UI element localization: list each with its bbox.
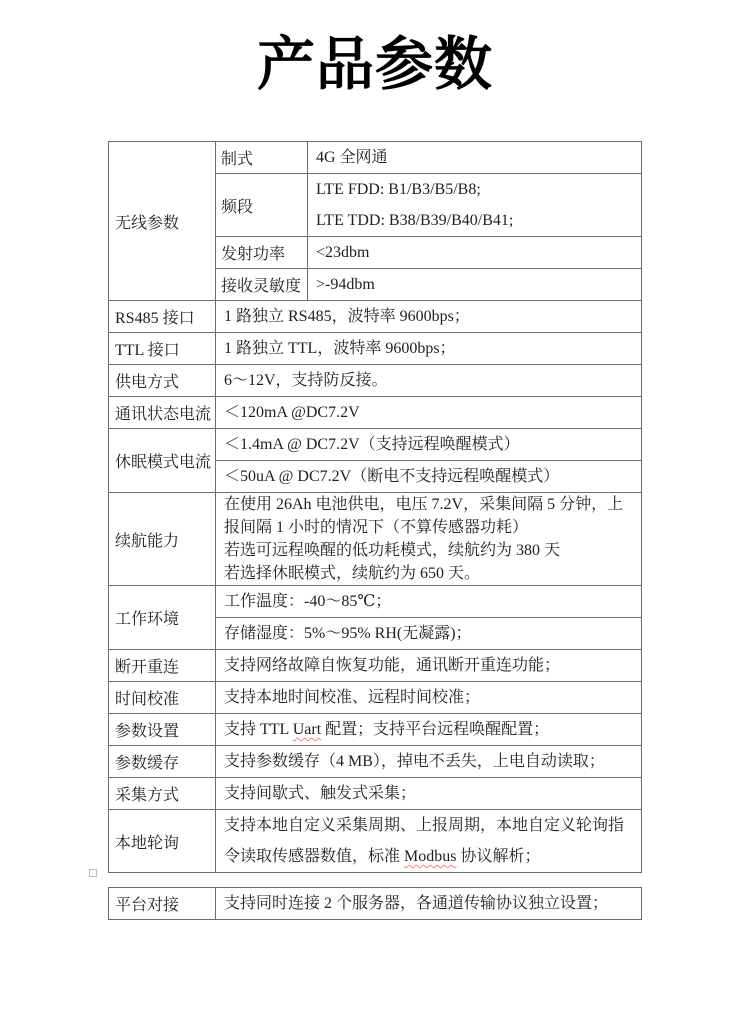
- spec-sublabel: 发射功率: [216, 237, 308, 269]
- spec-label: 工作环境: [109, 586, 216, 650]
- misspelled-word: Modbus: [404, 848, 456, 865]
- spec-text-line: 支持本地时间校准、远程时间校准；: [224, 682, 633, 713]
- table-row: 断开重连支持网络故障自恢复功能，通讯断开重连功能；: [109, 650, 642, 682]
- product-spec-table-body: 无线参数制式4G 全网通频段LTE FDD: B1/B3/B5/B8;LTE T…: [109, 142, 642, 873]
- table-row: 工作环境工作温度：-40～85℃；: [109, 586, 642, 618]
- table-row: 无线参数制式4G 全网通: [109, 142, 642, 174]
- spec-value: <23dbm: [308, 237, 642, 269]
- spec-text-line: ＜120mA @DC7.2V: [224, 397, 633, 428]
- spec-label: 本地轮询: [109, 810, 216, 873]
- table-row: 通讯状态电流＜120mA @DC7.2V: [109, 397, 642, 429]
- spec-text-line: >-94dbm: [316, 269, 633, 300]
- spec-value: 支持 TTL Uart 配置；支持平台远程唤醒配置；: [216, 714, 642, 746]
- platform-table-body: 平台对接支持同时连接 2 个服务器，各通道传输协议独立设置；: [109, 888, 642, 920]
- table-row: 休眠模式电流＜1.4mA @ DC7.2V（支持远程唤醒模式）: [109, 429, 642, 461]
- spec-sublabel: 频段: [216, 174, 308, 237]
- spec-text-line: 支持参数缓存（4 MB），掉电不丢失，上电自动读取；: [224, 746, 633, 777]
- spec-value: 1 路独立 RS485，波特率 9600bps；: [216, 301, 642, 333]
- spec-value: ＜1.4mA @ DC7.2V（支持远程唤醒模式）: [216, 429, 642, 461]
- misspelled-word: Uart: [293, 721, 321, 738]
- spec-label: 断开重连: [109, 650, 216, 682]
- spec-text-line: 存储湿度：5%～95% RH(无凝露)；: [224, 618, 633, 649]
- spec-value: 支持同时连接 2 个服务器，各通道传输协议独立设置；: [216, 888, 642, 920]
- spec-label: 平台对接: [109, 888, 216, 920]
- table-row: 参数设置支持 TTL Uart 配置；支持平台远程唤醒配置；: [109, 714, 642, 746]
- spec-label: 参数缓存: [109, 746, 216, 778]
- spec-value: 4G 全网通: [308, 142, 642, 174]
- spec-value: 6～12V，支持防反接。: [216, 365, 642, 397]
- table-row: 时间校准支持本地时间校准、远程时间校准；: [109, 682, 642, 714]
- spec-text-line: LTE FDD: B1/B3/B5/B8;: [316, 174, 633, 205]
- spec-label: 无线参数: [109, 142, 216, 301]
- table-row: 供电方式6～12V，支持防反接。: [109, 365, 642, 397]
- spec-value: 存储湿度：5%～95% RH(无凝露)；: [216, 618, 642, 650]
- spec-text-line: 支持网络故障自恢复功能，通讯断开重连功能；: [224, 650, 633, 681]
- spec-text-line: ＜50uA @ DC7.2V（断电不支持远程唤醒模式）: [224, 461, 633, 492]
- spec-label: 通讯状态电流: [109, 397, 216, 429]
- spec-text-line: 支持 TTL Uart 配置；支持平台远程唤醒配置；: [224, 714, 633, 745]
- spec-label: 采集方式: [109, 778, 216, 810]
- spec-text-line: 支持本地自定义采集周期、上报周期，本地自定义轮询指令读取传感器数值，标准 Mod…: [224, 810, 633, 872]
- spec-text-line: 在使用 26Ah 电池供电，电压 7.2V，采集间隔 5 分钟，上报间隔 1 小…: [224, 493, 633, 539]
- spec-value: 支持间歇式、触发式采集；: [216, 778, 642, 810]
- spec-text-line: 6～12V，支持防反接。: [224, 365, 633, 396]
- spec-label: 时间校准: [109, 682, 216, 714]
- spec-value: 支持本地时间校准、远程时间校准；: [216, 682, 642, 714]
- spec-text-line: 若选择休眠模式，续航约为 650 天。: [224, 562, 633, 585]
- table-break-marker: [89, 869, 97, 877]
- table-row: TTL 接口1 路独立 TTL，波特率 9600bps；: [109, 333, 642, 365]
- spec-text-line: 支持同时连接 2 个服务器，各通道传输协议独立设置；: [224, 888, 633, 919]
- spec-text-line: LTE TDD: B38/B39/B40/B41;: [316, 205, 633, 236]
- table-row: 平台对接支持同时连接 2 个服务器，各通道传输协议独立设置；: [109, 888, 642, 920]
- table-row: 参数缓存支持参数缓存（4 MB），掉电不丢失，上电自动读取；: [109, 746, 642, 778]
- spec-text-line: 工作温度：-40～85℃；: [224, 586, 633, 617]
- spec-value: 工作温度：-40～85℃；: [216, 586, 642, 618]
- spec-value: 支持参数缓存（4 MB），掉电不丢失，上电自动读取；: [216, 746, 642, 778]
- page-title: 产品参数: [0, 0, 750, 98]
- table-row: RS485 接口1 路独立 RS485，波特率 9600bps；: [109, 301, 642, 333]
- spec-value: ＜120mA @DC7.2V: [216, 397, 642, 429]
- spec-text-line: ＜1.4mA @ DC7.2V（支持远程唤醒模式）: [224, 429, 633, 460]
- spec-value: 1 路独立 TTL，波特率 9600bps；: [216, 333, 642, 365]
- spec-sublabel: 接收灵敏度: [216, 269, 308, 301]
- product-spec-table: 无线参数制式4G 全网通频段LTE FDD: B1/B3/B5/B8;LTE T…: [108, 141, 642, 873]
- spec-label: 续航能力: [109, 493, 216, 586]
- spec-text-line: 1 路独立 TTL，波特率 9600bps；: [224, 333, 633, 364]
- spec-label: TTL 接口: [109, 333, 216, 365]
- spec-value: 支持本地自定义采集周期、上报周期，本地自定义轮询指令读取传感器数值，标准 Mod…: [216, 810, 642, 873]
- spec-value: >-94dbm: [308, 269, 642, 301]
- spec-label: 供电方式: [109, 365, 216, 397]
- spec-sublabel: 制式: [216, 142, 308, 174]
- spec-label: 参数设置: [109, 714, 216, 746]
- platform-table: 平台对接支持同时连接 2 个服务器，各通道传输协议独立设置；: [108, 887, 642, 920]
- spec-label: RS485 接口: [109, 301, 216, 333]
- table-row: 采集方式支持间歇式、触发式采集；: [109, 778, 642, 810]
- spec-text-line: 1 路独立 RS485，波特率 9600bps；: [224, 301, 633, 332]
- spec-value: 在使用 26Ah 电池供电，电压 7.2V，采集间隔 5 分钟，上报间隔 1 小…: [216, 493, 642, 586]
- spec-value: LTE FDD: B1/B3/B5/B8;LTE TDD: B38/B39/B4…: [308, 174, 642, 237]
- spec-text-line: 若选可远程唤醒的低功耗模式，续航约为 380 天: [224, 539, 633, 562]
- spec-text-line: <23dbm: [316, 237, 633, 268]
- spec-value: ＜50uA @ DC7.2V（断电不支持远程唤醒模式）: [216, 461, 642, 493]
- spec-text-line: 4G 全网通: [316, 142, 633, 173]
- spec-text-line: 支持间歇式、触发式采集；: [224, 778, 633, 809]
- spec-value: 支持网络故障自恢复功能，通讯断开重连功能；: [216, 650, 642, 682]
- spec-label: 休眠模式电流: [109, 429, 216, 493]
- table-row: 续航能力在使用 26Ah 电池供电，电压 7.2V，采集间隔 5 分钟，上报间隔…: [109, 493, 642, 586]
- table-row: 本地轮询支持本地自定义采集周期、上报周期，本地自定义轮询指令读取传感器数值，标准…: [109, 810, 642, 873]
